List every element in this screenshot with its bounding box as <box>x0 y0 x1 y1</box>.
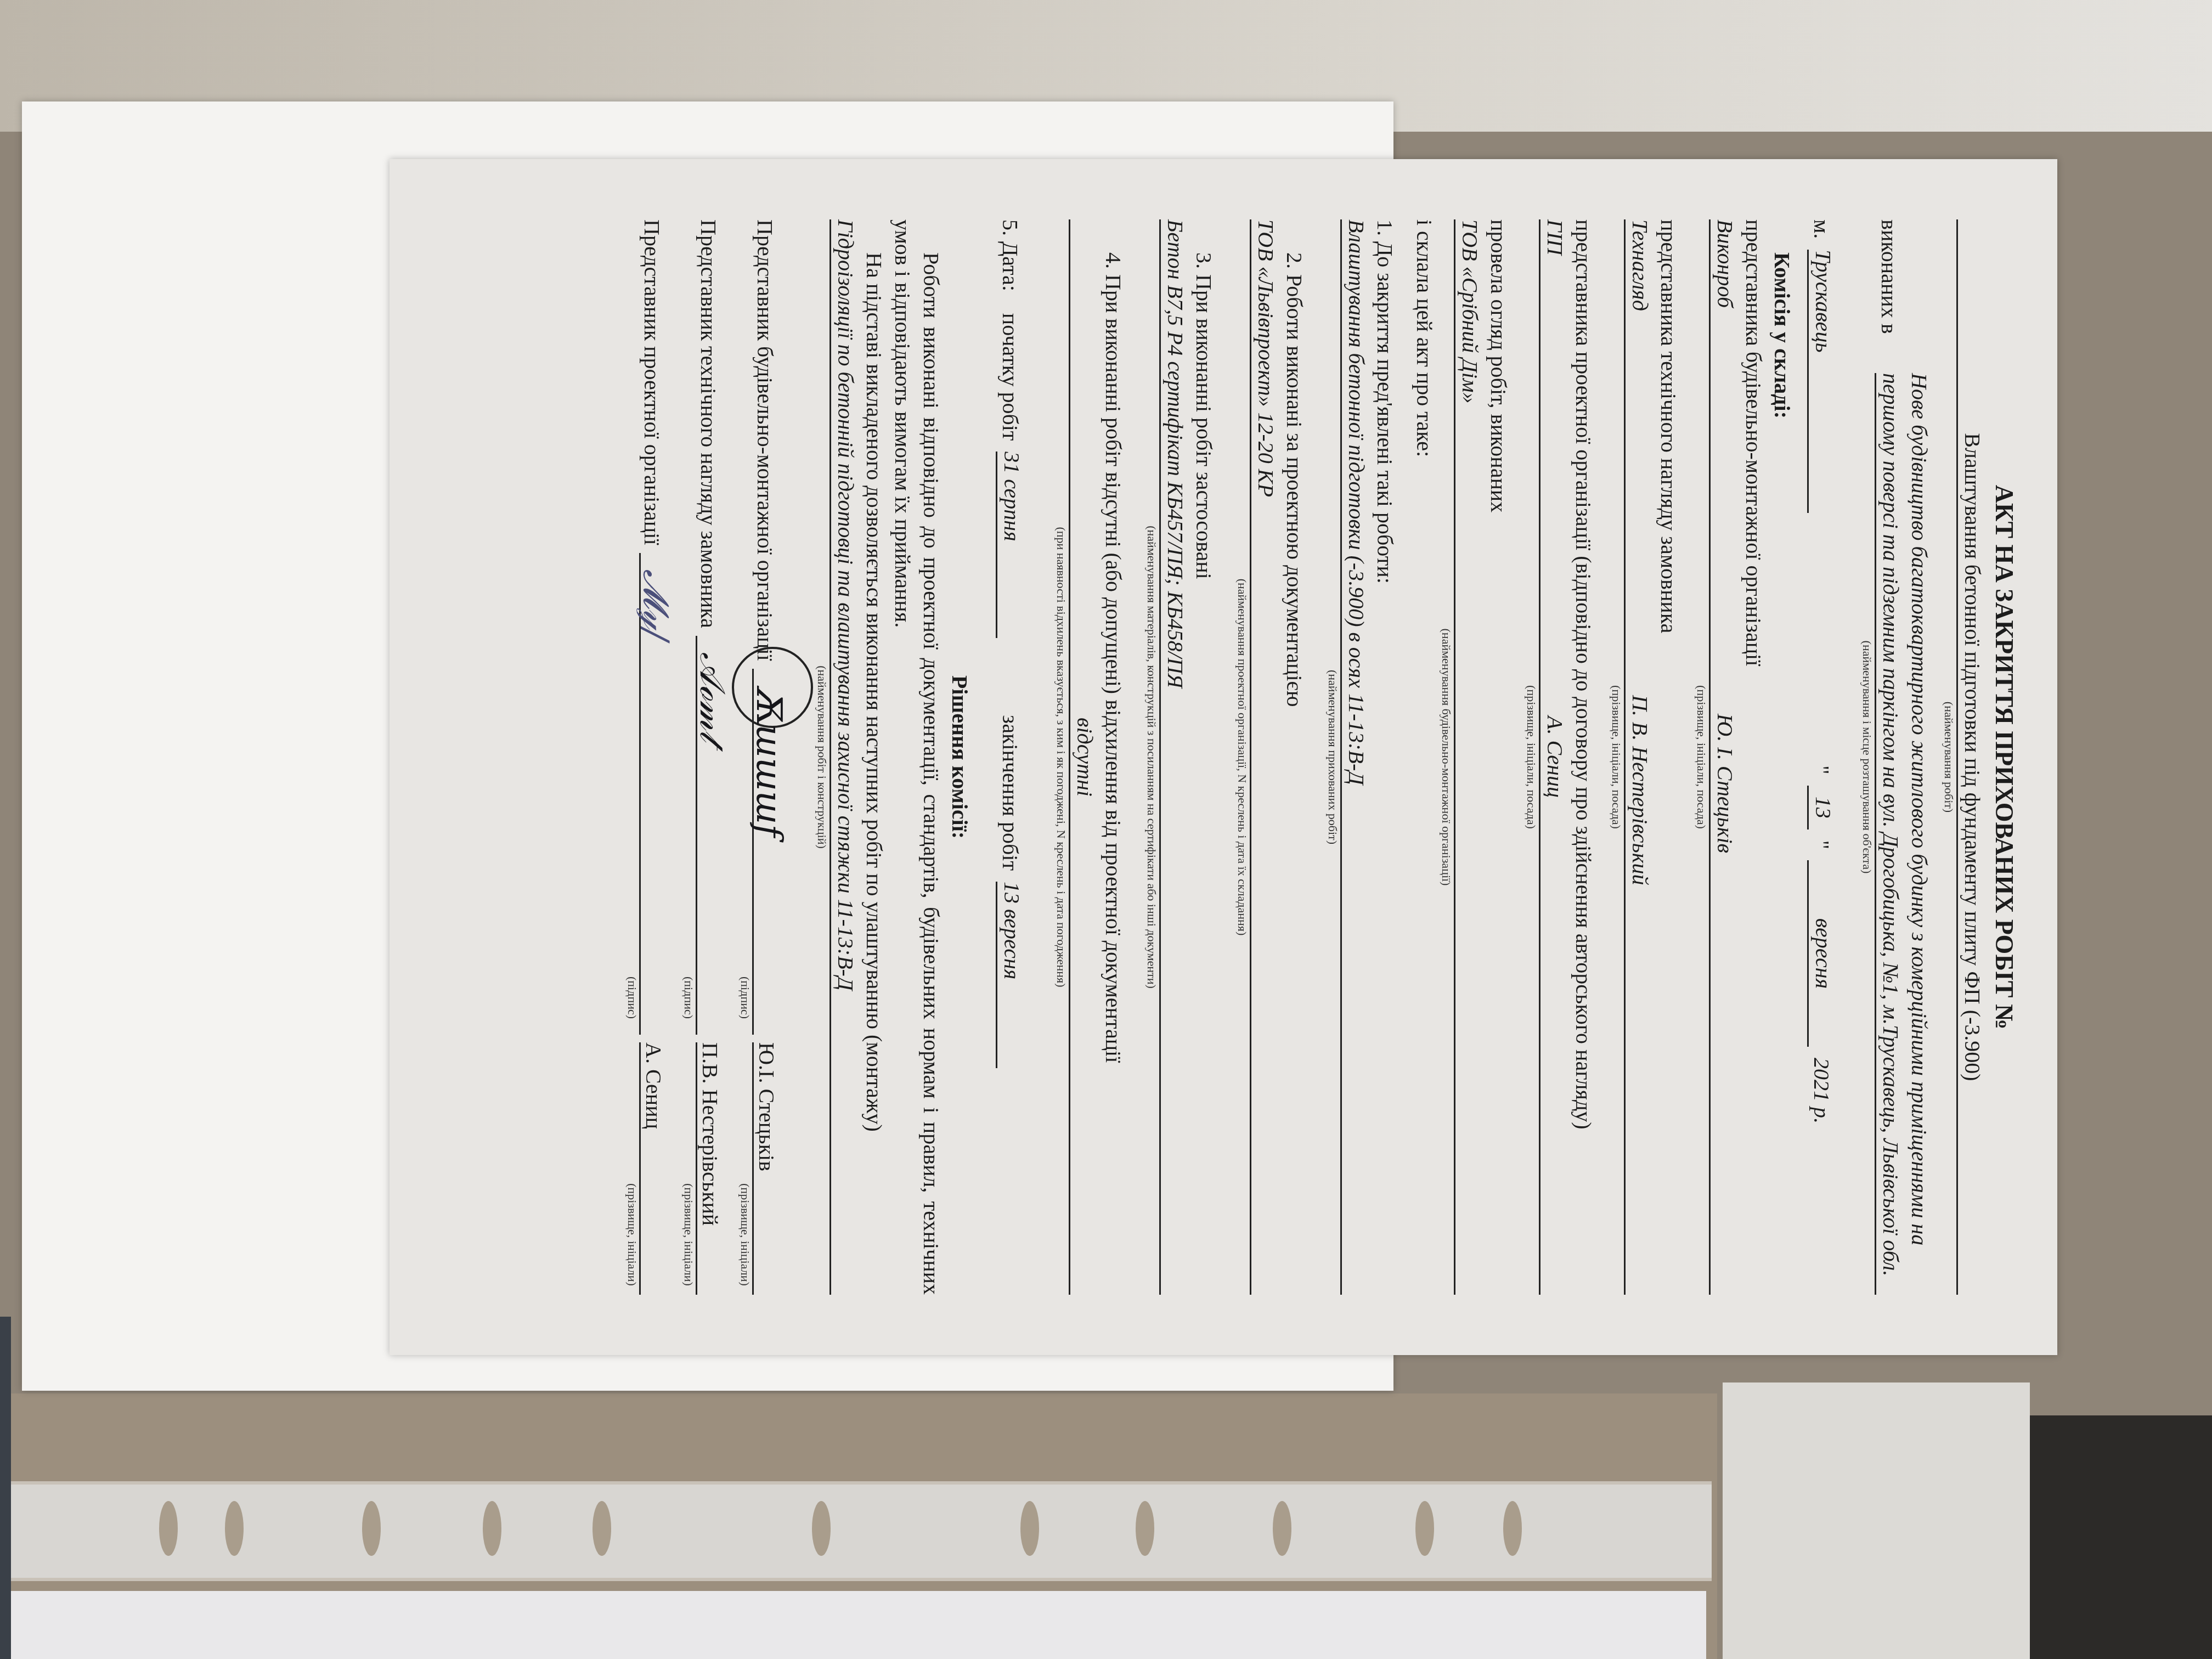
start-label: початку робіт <box>996 313 1024 441</box>
front-works-name: Влаштування бетонної підготовки під фунд… <box>1956 219 1987 1295</box>
handwritten-signature-icon: 𝓜𝓎/ <box>635 569 676 641</box>
front-object-hint: (найменування і місце розташування об'єк… <box>1859 219 1875 1295</box>
punched-sleeve-strip <box>11 1481 1712 1581</box>
punch-hole <box>812 1501 831 1556</box>
item1-value: Влаштування бетонної підготовки (-3.900)… <box>1340 219 1370 1295</box>
next-works: Гідроізоляції по бетонній підготовці та … <box>830 219 860 1295</box>
item4-value: відсутні <box>1069 219 1099 1295</box>
punch-hole <box>1415 1501 1434 1556</box>
signature-name: А. Сениц <box>639 1042 667 1295</box>
front-works-hint: (найменування робіт) <box>1941 219 1956 1295</box>
left-edge <box>0 1317 11 1659</box>
item2-label: 2. Роботи виконані за проектною документ… <box>1280 252 1308 1295</box>
paper-edge <box>1723 1383 2030 1659</box>
member-role: ГІП <box>1541 219 1569 255</box>
lower-sheet <box>5 1591 1706 1659</box>
punch-hole <box>1136 1501 1154 1556</box>
name-hint: (прізвище, ініціали) <box>625 1183 639 1286</box>
contractor-hint: (найменування будівельно-монтажної орган… <box>1438 219 1454 1295</box>
signature-row-supervision: Представник технічного нагляду замовника… <box>696 219 725 1295</box>
front-object: Нове будівництво багатоквартирного житло… <box>1875 373 1933 1295</box>
punch-hole <box>159 1501 178 1556</box>
front-document-page: АКТ НА ЗАКРИТТЯ ПРИХОВАНИХ РОБІТ № Влашт… <box>390 159 2057 1355</box>
end-label: закінчення робіт <box>996 715 1024 871</box>
member-name: Ю. І. Стецьків <box>1711 714 1739 853</box>
signature-field[interactable]: 𝒜ℴ𝓂𝓉 <box>696 636 725 1035</box>
member-role: Технагляд <box>1626 219 1654 311</box>
name-hint: (прізвище, ініціали) <box>738 1183 752 1286</box>
item4-hint: (при наявності відхилень вказується, з к… <box>1053 219 1069 1295</box>
signature-name: Ю.І. Стецьків <box>752 1042 780 1295</box>
front-commission-label: Комісія у складі: <box>1768 252 1796 1295</box>
member-hint: (прізвище, ініціали, посада) <box>1609 219 1624 1295</box>
item2-hint: (найменування проектної організації, N к… <box>1234 219 1250 1295</box>
member-name: А. Сениц <box>1541 716 1569 798</box>
handwritten-signature-icon: Ѫшшшf <box>748 685 789 837</box>
decision-paragraph-2: На підставі викладеного дозволяється вик… <box>860 219 888 1295</box>
sign-hint: (підпис) <box>738 977 752 1019</box>
front-title: АКТ НА ЗАКРИТТЯ ПРИХОВАНИХ РОБІТ № <box>1990 219 2019 1295</box>
signature-field[interactable]: 𝓜𝓎/ <box>639 553 668 1035</box>
item3-label: 3. При виконанні робіт застосовані <box>1189 252 1218 1295</box>
signature-label: Представник проектної організації <box>639 219 665 545</box>
signature-name: П.В. Нестерівський <box>696 1042 723 1295</box>
start-value: 31 серпня <box>996 452 1026 638</box>
item3-value: Бетон В7,5 Р4 сертифікат КБ457/ПЯ; КБ458… <box>1159 219 1189 1295</box>
inspection-label: провела огляд робіт, виконаних <box>1484 219 1513 1295</box>
signature-label: Представник технічного нагляду замовника <box>696 219 721 628</box>
front-year: 2021 р. <box>1807 1058 1836 1124</box>
punch-hole <box>483 1501 501 1556</box>
punch-hole <box>1020 1501 1039 1556</box>
front-performed-in-label: виконаних в <box>1875 219 1903 362</box>
contractor: ТОВ «Срібний Дім» <box>1454 219 1484 1295</box>
punch-hole <box>225 1501 244 1556</box>
member-label: представника технічного нагляду замовник… <box>1654 219 1683 1295</box>
sign-hint: (підпис) <box>681 977 696 1019</box>
sign-hint: (підпис) <box>625 977 639 1019</box>
front-month: вересня <box>1807 860 1837 1047</box>
dark-surface <box>2030 1415 2212 1659</box>
decision-paragraph-1: Роботи виконані відповідно до проектної … <box>888 219 945 1295</box>
front-city-label: м. <box>1807 219 1836 239</box>
punch-hole <box>1503 1501 1522 1556</box>
signature-field[interactable]: Ѫшшшf <box>752 669 781 1035</box>
item5-label: 5. Дата: <box>996 219 1024 291</box>
front-city: Трускавець <box>1807 250 1837 513</box>
decision-title: Рішення комісії: <box>945 219 974 1295</box>
item3-hint: (найменування матеріалів, конструкцій з … <box>1144 219 1159 1295</box>
member-builder: представника будівельно-монтажної органі… <box>1694 219 1768 1295</box>
item2-value: ТОВ «Львівпроект» 12-20 КР <box>1250 219 1280 1295</box>
drew-up-text: і склала цей акт про таке: <box>1410 219 1438 1295</box>
punch-hole <box>362 1501 381 1556</box>
punch-hole <box>1273 1501 1291 1556</box>
member-role: Виконроб <box>1711 219 1739 308</box>
member-hint: (прізвище, ініціали, посада) <box>1694 219 1709 1295</box>
name-hint: (прізвище, ініціали) <box>681 1183 696 1286</box>
signature-row-builder: Представник будівельно-монтажної організ… <box>752 219 781 1295</box>
member-supervision: представника технічного нагляду замовник… <box>1609 219 1683 1295</box>
member-hint: (прізвище, ініціали, посада) <box>1523 219 1539 1295</box>
item1-label: 1. До закриття пред'явлені такі роботи: <box>1370 219 1399 1295</box>
member-label: представника проектної організації (відп… <box>1569 219 1598 1295</box>
member-name: П. В. Нестерівський <box>1626 695 1654 885</box>
signature-label: Представник будівельно-монтажної організ… <box>752 219 778 661</box>
punch-hole <box>592 1501 611 1556</box>
item1-hint: (найменування прихованих робіт) <box>1325 219 1340 1295</box>
next-works-hint: (найменування робіт і конструкцій) <box>814 219 830 1295</box>
end-value: 13 вересня <box>996 882 1026 1068</box>
item4-label: 4. При виконанні робіт відсутні (або доп… <box>1099 252 1127 1295</box>
handwritten-signature-icon: 𝒜ℴ𝓂𝓉 <box>692 652 732 742</box>
member-label: представника будівельно-монтажної органі… <box>1739 219 1768 1295</box>
front-day: 13 <box>1807 786 1837 830</box>
member-design: представника проектної організації (відп… <box>1523 219 1598 1295</box>
signature-row-design: Представник проектної організації 𝓜𝓎/ А.… <box>639 219 668 1295</box>
